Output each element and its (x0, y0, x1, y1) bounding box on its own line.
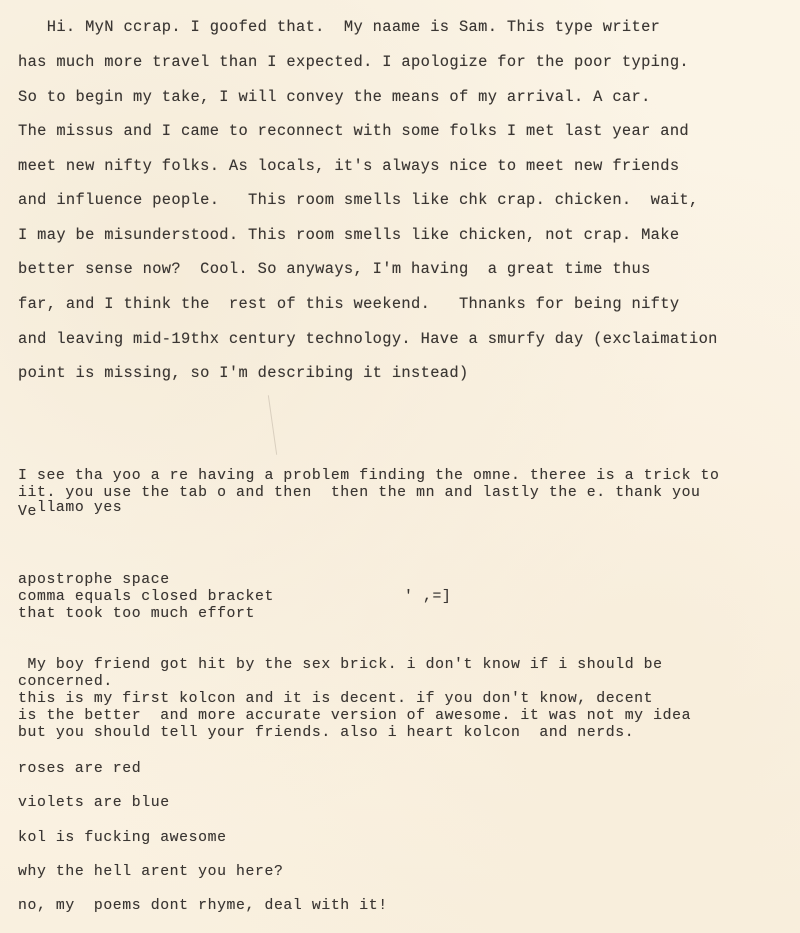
text-line: is the better and more accurate version … (18, 707, 691, 725)
text-line: has much more travel than I expected. I … (18, 53, 689, 71)
text-line: apostrophe space (18, 571, 170, 589)
poem-line: kol is fucking awesome (18, 829, 227, 847)
text-line: I may be misunderstood. This room smells… (18, 226, 679, 244)
text-line: Hi. MyN ccrap. I goofed that. My naame i… (18, 18, 660, 36)
text-line: The missus and I came to reconnect with … (18, 122, 689, 140)
text-line: but you should tell your friends. also i… (18, 724, 634, 742)
text-line: and leaving mid-19thx century technology… (18, 330, 718, 348)
text-line: concerned. (18, 673, 113, 691)
text-line: comma equals closed bracket (18, 588, 274, 606)
text-line: this is my first kolcon and it is decent… (18, 690, 653, 708)
text-line: that took too much effort (18, 605, 255, 623)
text-line: Vellamo yes (18, 503, 122, 521)
text-line: point is missing, so I'm describing it i… (18, 364, 469, 382)
text-line: better sense now? Cool. So anyways, I'm … (18, 260, 651, 278)
text-fragment: llamo yes (37, 500, 122, 516)
text-line: My boy friend got hit by the sex brick. … (18, 656, 663, 674)
subscript-prefix: Ve (18, 504, 37, 520)
poem-line: why the hell arent you here? (18, 863, 283, 881)
poem-line: roses are red (18, 760, 141, 778)
text-line: and influence people. This room smells l… (18, 191, 699, 209)
text-line: I see tha yoo a re having a problem find… (18, 467, 720, 485)
poem-line: no, my poems dont rhyme, deal with it! (18, 897, 388, 915)
poem-line: violets are blue (18, 794, 170, 812)
text-line: So to begin my take, I will convey the m… (18, 88, 651, 106)
text-line: far, and I think the rest of this weeken… (18, 295, 679, 313)
text-line: meet new nifty folks. As locals, it's al… (18, 157, 679, 175)
typed-symbols: ' ,=] (404, 588, 451, 606)
